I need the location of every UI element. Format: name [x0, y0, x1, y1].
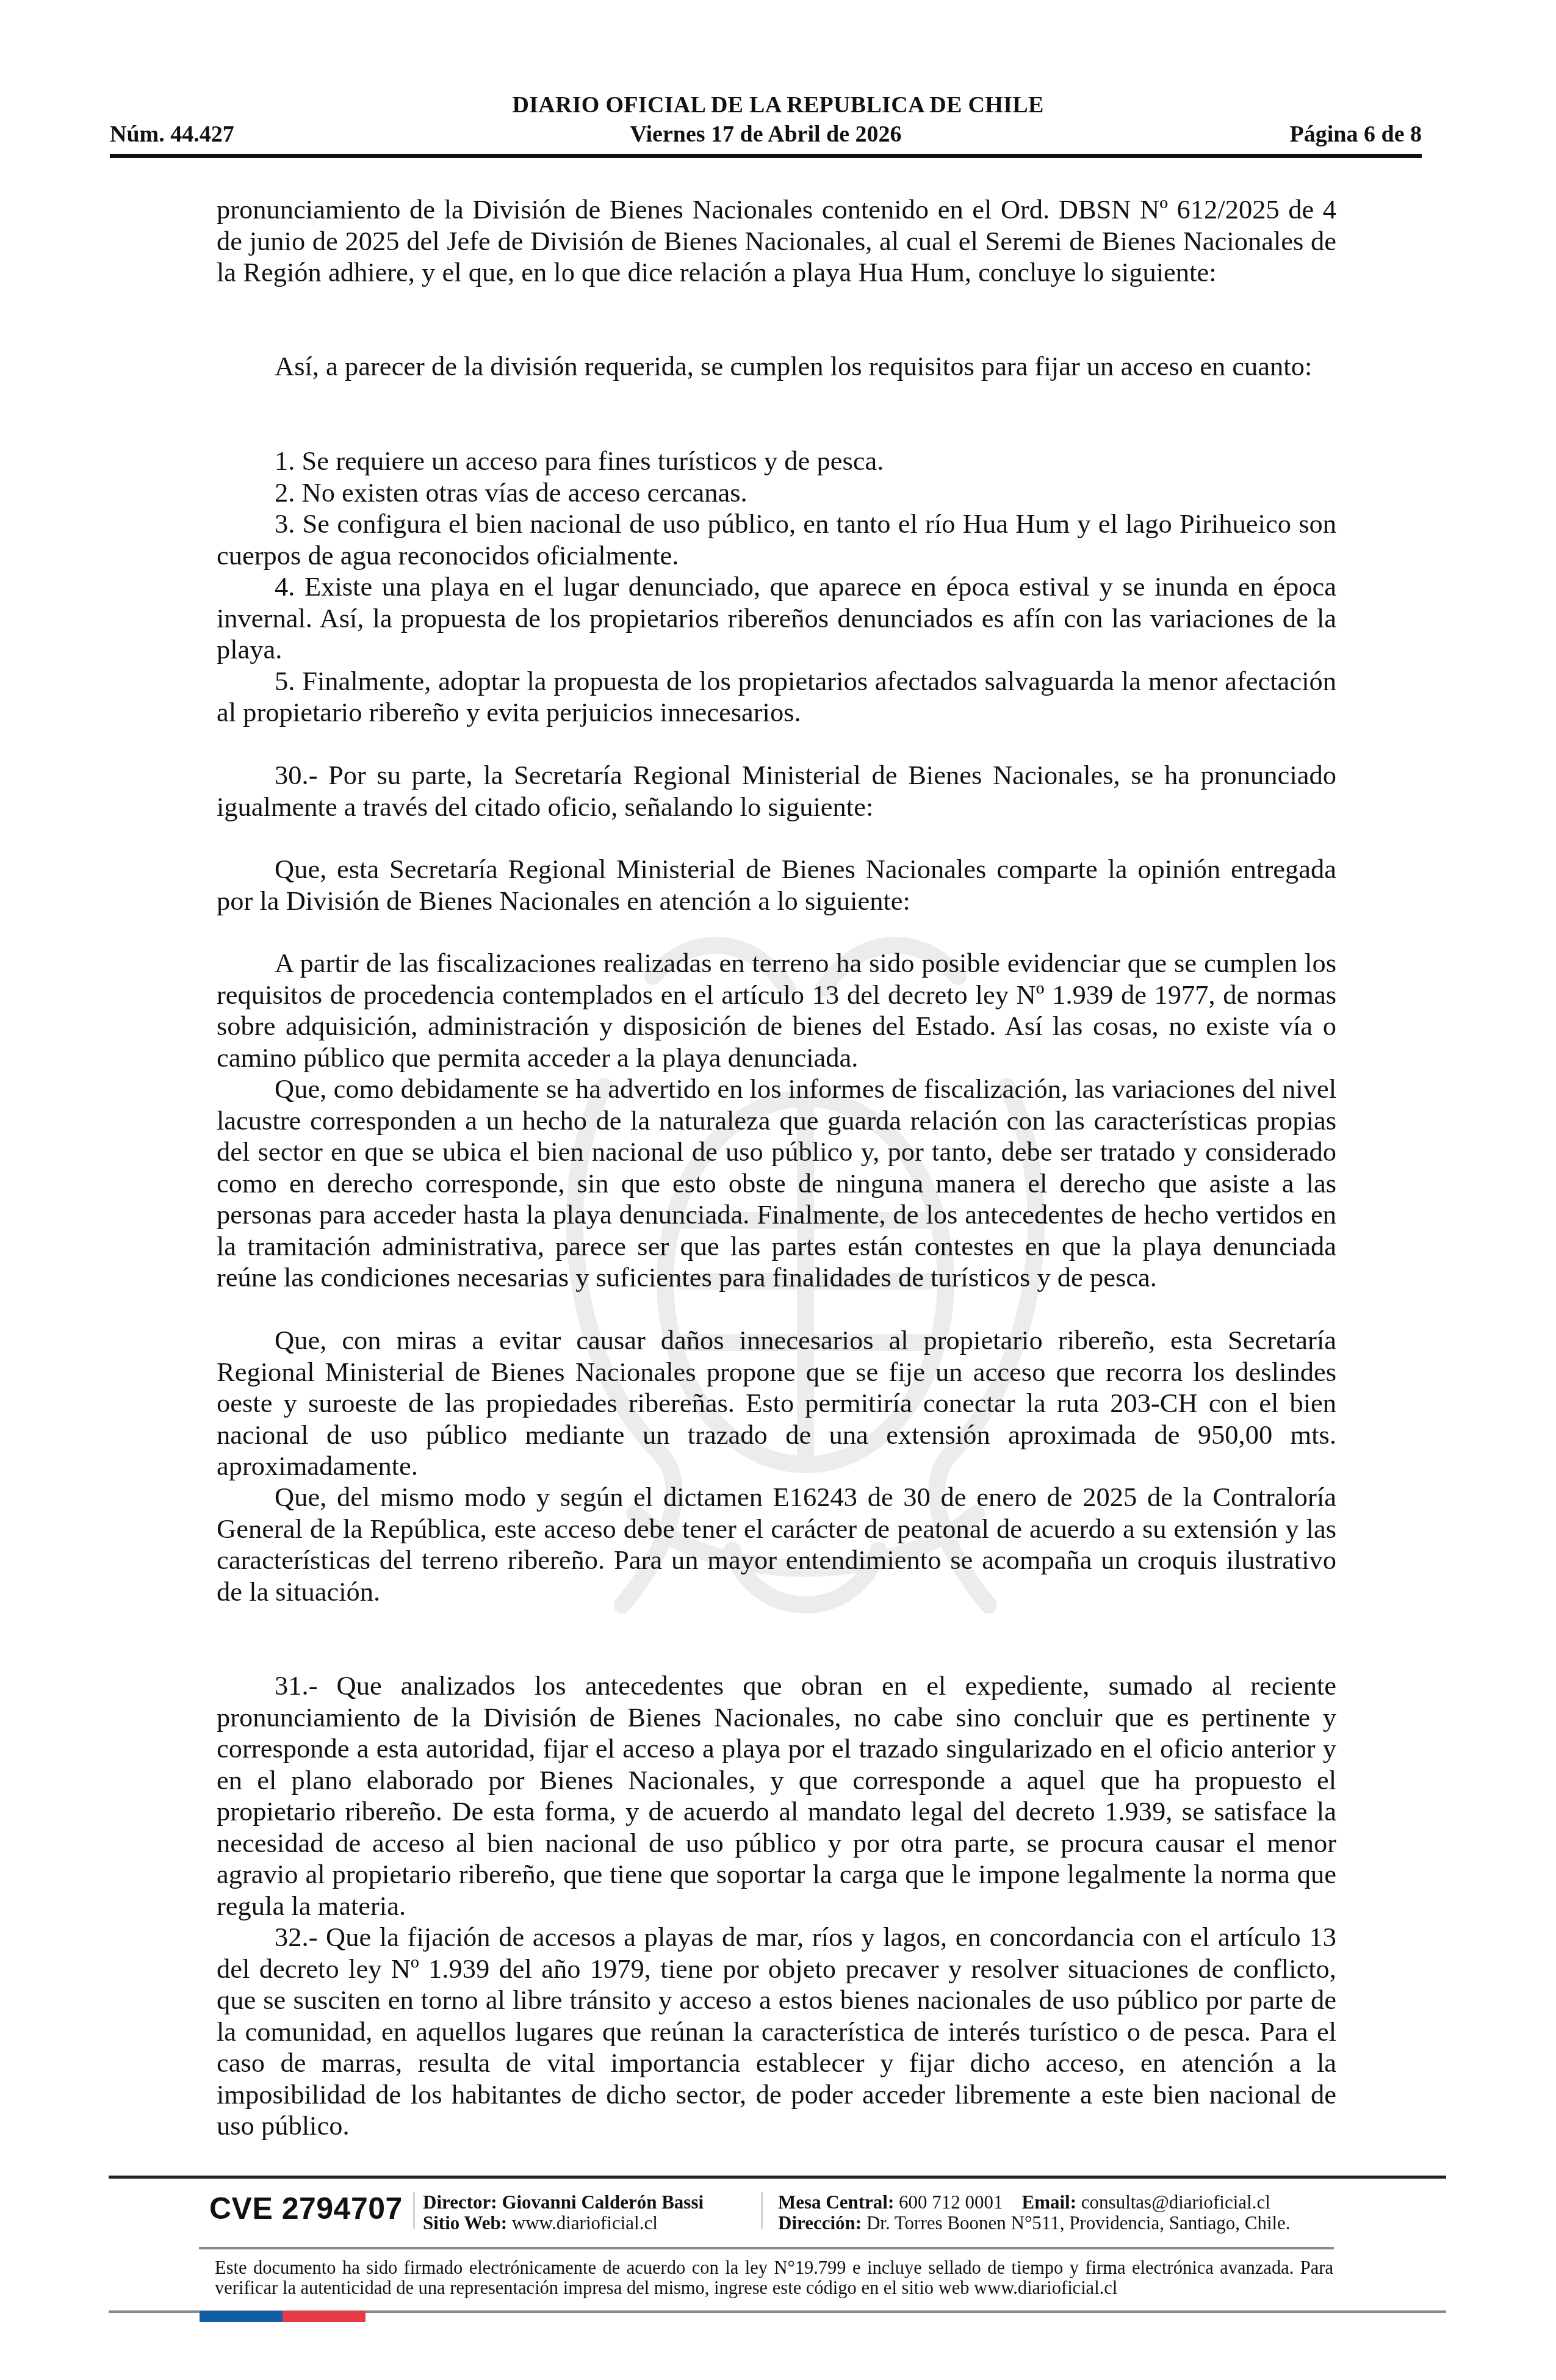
email-label: Email:	[1022, 2191, 1077, 2213]
footer-separator	[761, 2192, 763, 2229]
paragraph-seremi-opinion: Que, esta Secretaría Regional Ministeria…	[217, 854, 1336, 917]
paragraph-continuation: pronunciamiento de la División de Bienes…	[217, 194, 1336, 289]
website-label: Sitio Web:	[423, 2212, 507, 2234]
footer-separator	[413, 2192, 415, 2229]
header-meta-row: Núm. 44.427 Viernes 17 de Abril de 2026 …	[110, 121, 1422, 150]
list-item-1: 1. Se requiere un acceso para fines turí…	[217, 445, 1336, 477]
footer-divider-middle	[199, 2247, 1334, 2249]
paragraph-31: 31.- Que analizados los antecedentes que…	[217, 1670, 1336, 1922]
flag-stripe-blue	[200, 2311, 283, 2322]
director-label: Director:	[423, 2191, 497, 2213]
paragraph-fiscalizaciones: A partir de las fiscalizaciones realizad…	[217, 948, 1336, 1073]
email-link[interactable]: consultas@diarioficial.cl	[1081, 2191, 1270, 2213]
address: Dr. Torres Boonen N°511, Providencia, Sa…	[866, 2212, 1291, 2234]
paragraph-dictamen: Que, del mismo modo y según el dictamen …	[217, 1482, 1336, 1607]
paragraph-propuesta-acceso: Que, con miras a evitar causar daños inn…	[217, 1325, 1336, 1482]
list-item-5: 5. Finalmente, adoptar la propuesta de l…	[217, 666, 1336, 729]
issue-date: Viernes 17 de Abril de 2026	[110, 121, 1422, 148]
list-item-2: 2. No existen otras vías de acceso cerca…	[217, 477, 1336, 509]
page-number: Página 6 de 8	[1290, 121, 1422, 148]
paragraph-30: 30.- Por su parte, la Secretaría Regiona…	[217, 760, 1336, 823]
director-name: Giovanni Calderón Bassi	[502, 2191, 704, 2213]
header-divider	[110, 154, 1422, 158]
footer-divider-top	[109, 2176, 1446, 2179]
publication-title: DIARIO OFICIAL DE LA REPUBLICA DE CHILE	[0, 92, 1556, 118]
list-item-4: 4. Existe una playa en el lugar denuncia…	[217, 571, 1336, 666]
footer-contact-block: Mesa Central: 600 712 0001 Email: consul…	[778, 2192, 1291, 2234]
paragraph-32: 32.- Que la fijación de accesos a playas…	[217, 1922, 1336, 2142]
website-link[interactable]: www.diarioficial.cl	[512, 2212, 658, 2234]
cve-code: CVE 2794707	[209, 2191, 403, 2226]
footer-director-block: Director: Giovanni Calderón Bassi Sitio …	[423, 2192, 704, 2234]
signature-disclaimer: Este documento ha sido firmado electróni…	[215, 2258, 1333, 2298]
address-label: Dirección:	[778, 2212, 862, 2234]
flag-stripe-red	[283, 2311, 366, 2322]
paragraph-nivel-lacustre: Que, como debidamente se ha advertido en…	[217, 1073, 1336, 1294]
paragraph-division-opinion: Así, a parecer de la división requerida,…	[217, 351, 1336, 383]
phone-label: Mesa Central:	[778, 2191, 894, 2213]
list-item-3: 3. Se configura el bien nacional de uso …	[217, 508, 1336, 571]
phone-number: 600 712 0001	[899, 2191, 1003, 2213]
